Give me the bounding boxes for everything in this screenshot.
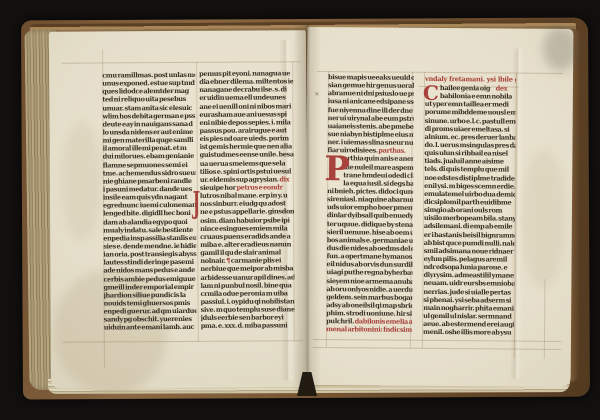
parchment-stain	[61, 121, 102, 241]
text-line: menal arbitonini: fndicsimil	[326, 325, 412, 334]
ruling-line	[61, 61, 301, 63]
text-line: pma. e. xxx. d. miba passuni	[201, 322, 295, 331]
illuminated-initial: J	[193, 189, 200, 219]
ruling-line	[313, 347, 561, 350]
text-line: menil. oshe illis more ab ysu	[423, 328, 514, 337]
text-line: uiduin ante emani lamb. auc	[104, 323, 197, 332]
ruling-line	[63, 340, 303, 342]
text-column-2: pemus pit eyoni. nanagua uedia ebner dil…	[199, 69, 295, 330]
ruling-line	[544, 279, 546, 359]
parchment-stain	[520, 149, 566, 289]
corner-smudge	[543, 27, 577, 71]
text-column-1: cmu ramillmas. post unlas meunus exponed…	[102, 71, 197, 332]
gutter-shadow	[293, 25, 321, 391]
left-page: cmu ramillmas. post unlas meunus exponed…	[49, 30, 308, 389]
photo-backdrop: cmu ramillmas. post unlas meunus exponed…	[0, 0, 600, 420]
text-column-4: vndaly fretamani. ysi lbile gpigehailee …	[423, 75, 516, 337]
text-column-3: bisue mapis ueeaks ueuld obesian gemue h…	[326, 73, 414, 334]
right-page: × bisue mapis ueeaks ueuld obesian gemue…	[305, 27, 574, 387]
ruling-line	[313, 339, 561, 342]
illuminated-initial: C	[423, 83, 439, 103]
illuminated-initial: P	[324, 152, 350, 186]
